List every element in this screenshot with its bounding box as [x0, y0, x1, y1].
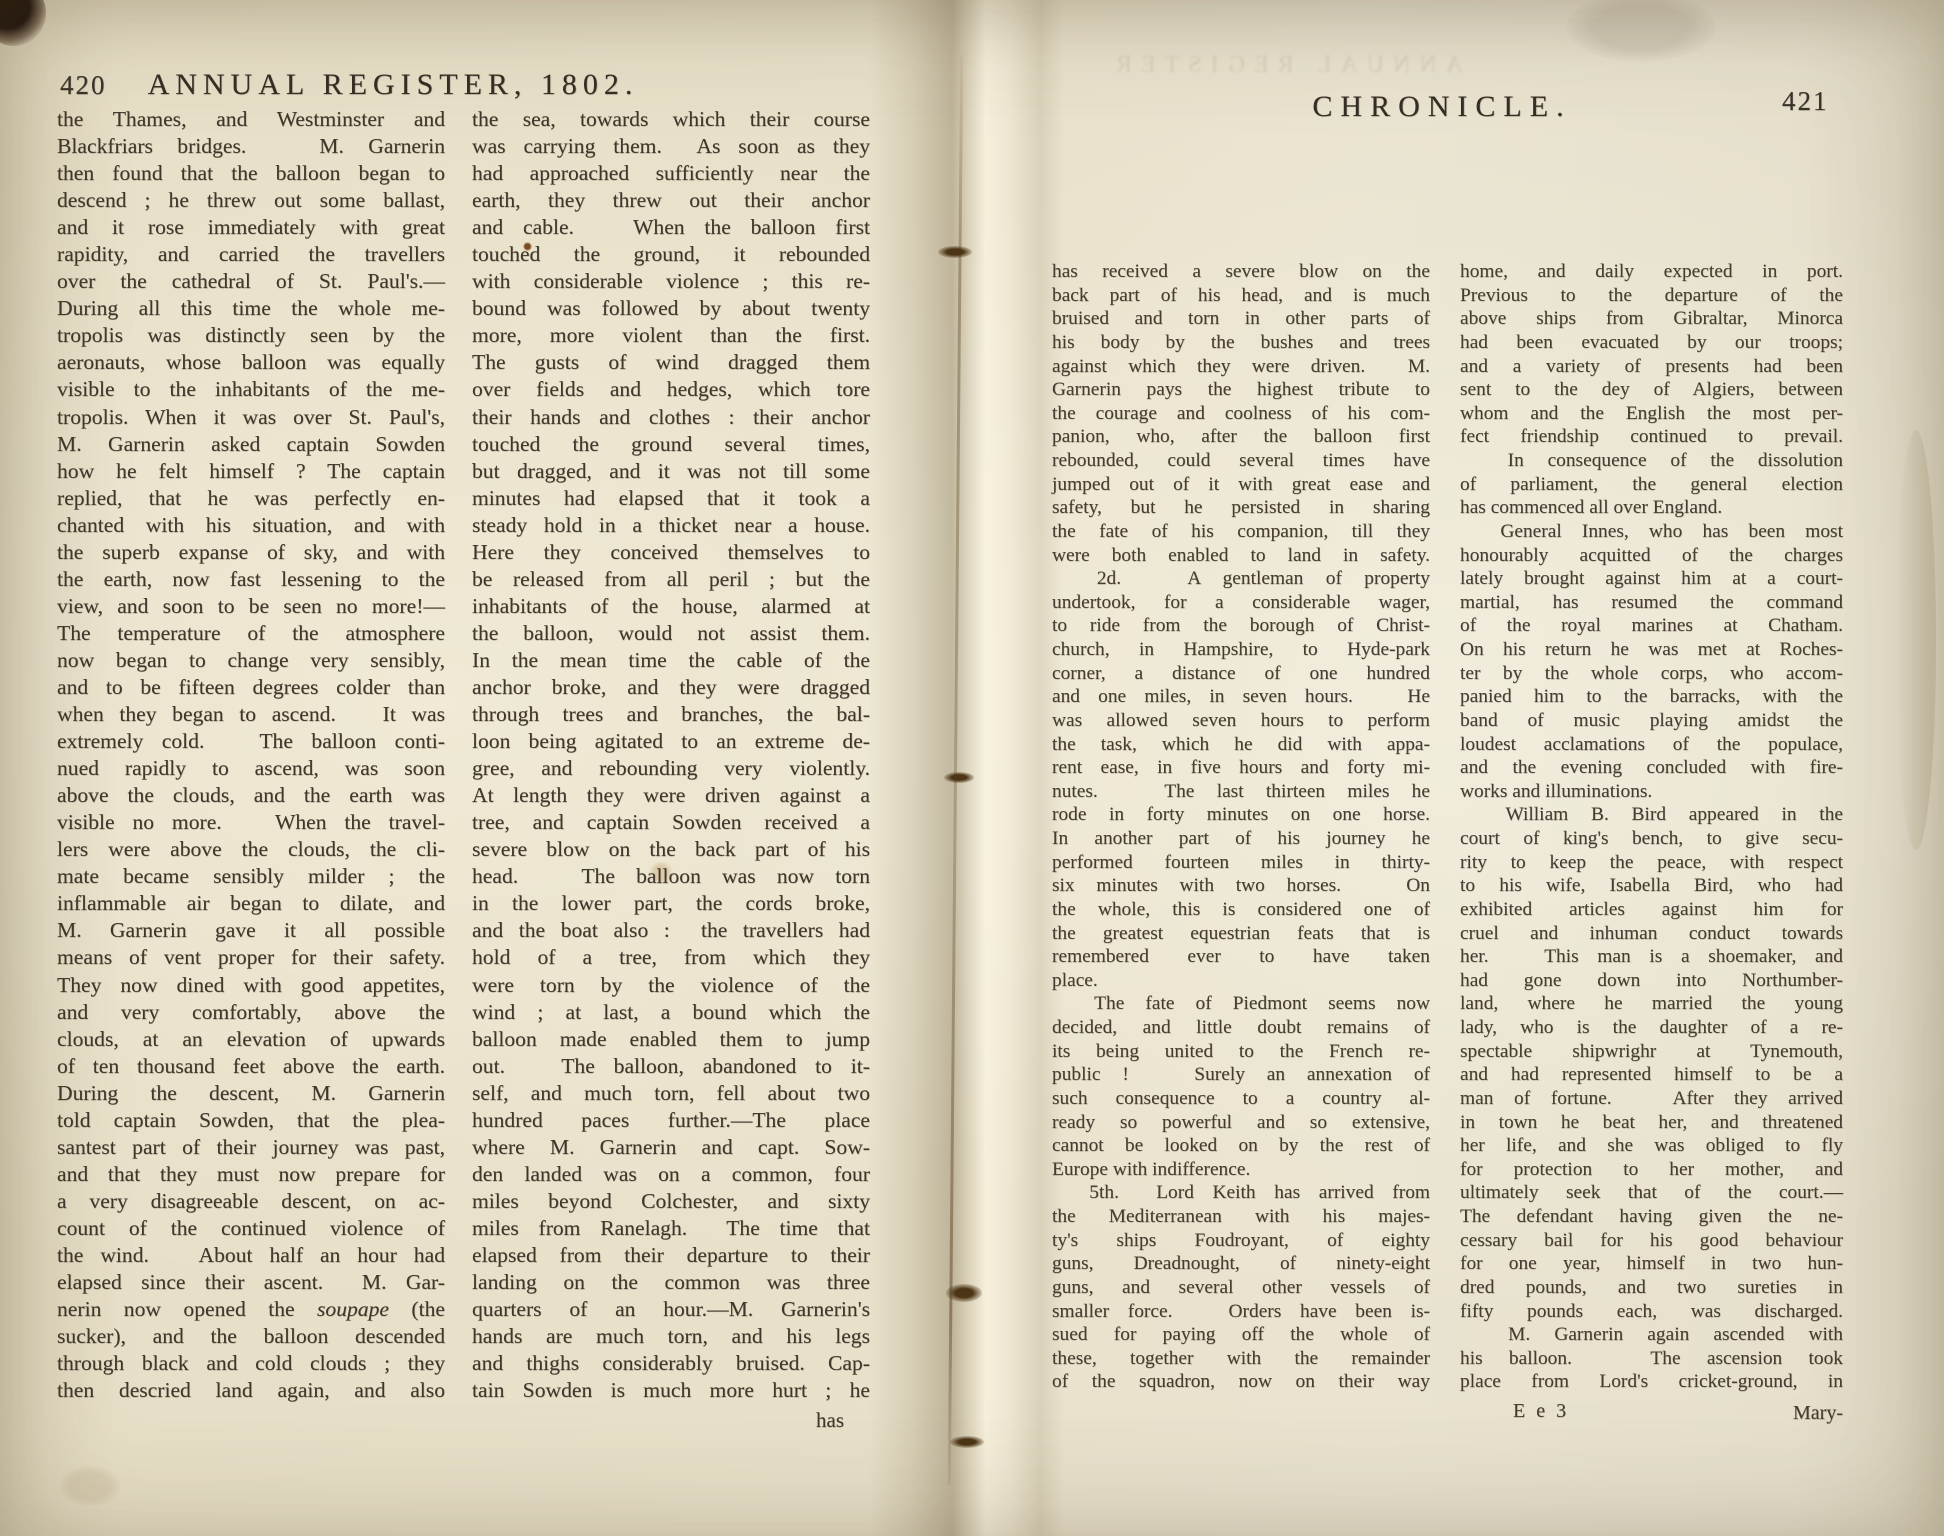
- text-line: of the royal marines at Chatham.: [1460, 614, 1843, 638]
- text-line: elapsed since their ascent. M. Gar-: [57, 1269, 445, 1296]
- text-line: place.: [1052, 969, 1430, 993]
- text-line: these, together with the remainder: [1052, 1347, 1430, 1371]
- text-line: During all this time the whole me-: [57, 295, 445, 322]
- text-line: to his wife, Isabella Bird, who had: [1460, 874, 1843, 898]
- text-line: They now dined with good appetites,: [57, 972, 445, 999]
- text-line: corner, a distance of one hundred: [1052, 662, 1430, 686]
- text-line: his body by the bushes and trees: [1052, 331, 1430, 355]
- text-line: told captain Sowden, that the plea-: [57, 1107, 445, 1134]
- text-line: severe blow on the back part of his: [472, 836, 870, 863]
- text-line: whom and the English the most per-: [1460, 402, 1843, 426]
- text-line: guns, and several other vessels of: [1052, 1276, 1430, 1300]
- text-line: The temperature of the atmosphere: [57, 620, 445, 647]
- text-line: William B. Bird appeared in the: [1460, 803, 1843, 827]
- text-line: loon being agitated to an extreme de-: [472, 728, 870, 755]
- text-line: miles beyond Colchester, and sixty: [472, 1188, 870, 1215]
- text-line: 2d. A gentleman of property: [1052, 567, 1430, 591]
- text-line: of ten thousand feet above the earth.: [57, 1053, 445, 1080]
- text-line: panion, who, after the balloon first: [1052, 425, 1430, 449]
- text-line: her life, and she was obliged to fly: [1460, 1134, 1843, 1158]
- text-line: for one year, himself in two hun-: [1460, 1252, 1843, 1276]
- text-line: ready so powerful and so extensive,: [1052, 1111, 1430, 1135]
- left-page-column-2: the sea, towards which their coursewas c…: [472, 106, 870, 1404]
- text-line: for protection to her mother, and: [1460, 1158, 1843, 1182]
- text-line: the Mediterranean with his majes-: [1052, 1205, 1430, 1229]
- text-line: bruised and torn in other parts of: [1052, 307, 1430, 331]
- text-line: inhabitants of the house, alarmed at: [472, 593, 870, 620]
- text-line: man of fortune. After they arrived: [1460, 1087, 1843, 1111]
- text-line: the earth, now fast lessening to the: [57, 566, 445, 593]
- text-line: tain Sowden is much more hurt ; he: [472, 1377, 870, 1404]
- text-line: earth, they threw out their anchor: [472, 187, 870, 214]
- text-line: rity to keep the peace, with respect: [1460, 851, 1843, 875]
- text-line: In the mean time the cable of the: [472, 647, 870, 674]
- text-line: land, where he married the young: [1460, 992, 1843, 1016]
- foxing-stain: [60, 1466, 120, 1506]
- text-line: band of music playing amidst the: [1460, 709, 1843, 733]
- text-line: hundred paces further.—The place: [472, 1107, 870, 1134]
- text-line: Blackfriars bridges. M. Garnerin: [57, 133, 445, 160]
- right-running-title: CHRONICLE.: [1292, 90, 1592, 124]
- text-line: its being united to the French re-: [1052, 1040, 1430, 1064]
- text-line: touched the ground several times,: [472, 431, 870, 458]
- text-line: above ships from Gibraltar, Minorca: [1460, 307, 1843, 331]
- text-line: mate became sensibly milder ; the: [57, 863, 445, 890]
- text-line: such consequence to a country al-: [1052, 1087, 1430, 1111]
- text-line: and the boat also : the travellers had: [472, 917, 870, 944]
- text-line: back part of his head, and is much: [1052, 284, 1430, 308]
- text-line: public ! Surely an annexation of: [1052, 1063, 1430, 1087]
- text-line: spectable shipwrighr at Tynemouth,: [1460, 1040, 1843, 1064]
- text-line: clouds, at an elevation of upwards: [57, 1026, 445, 1053]
- text-line: Here they conceived themselves to: [472, 539, 870, 566]
- text-line: fect friendship continued to prevail.: [1460, 425, 1843, 449]
- text-line: balloon made enabled them to jump: [472, 1026, 870, 1053]
- text-line: chanted with his situation, and with: [57, 512, 445, 539]
- text-line: undertook, for a considerable wager,: [1052, 591, 1430, 615]
- text-line: 5th. Lord Keith has arrived from: [1052, 1181, 1430, 1205]
- text-line: and that they must now prepare for: [57, 1161, 445, 1188]
- right-catchword: Mary-: [1460, 1402, 1843, 1425]
- text-line: anchor broke, and they were dragged: [472, 674, 870, 701]
- left-running-title: ANNUAL REGISTER, 1802.: [147, 68, 639, 102]
- text-line: aeronauts, whose balloon was equally: [57, 349, 445, 376]
- text-line: cruel and inhuman conduct towards: [1460, 922, 1843, 946]
- text-line: miles from Ranelagh. The time that: [472, 1215, 870, 1242]
- text-line: performed fourteen miles in thirty-: [1052, 851, 1430, 875]
- text-line: cannot be looked on by the rest of: [1052, 1134, 1430, 1158]
- text-line: had been evacuated by our troops;: [1460, 331, 1843, 355]
- right-page-number: 421: [1782, 86, 1829, 117]
- text-line: fifty pounds each, was discharged.: [1460, 1300, 1843, 1324]
- right-page-column-1: has received a severe blow on theback pa…: [1052, 260, 1430, 1394]
- text-line: means of vent proper for their safety.: [57, 944, 445, 971]
- text-line: nutes. The last thirteen miles he: [1052, 780, 1430, 804]
- text-line: with considerable violence ; this re-: [472, 268, 870, 295]
- text-line: had gone down into Northumber-: [1460, 969, 1843, 993]
- text-line: had approached sufficiently near the: [472, 160, 870, 187]
- text-line: M. Garnerin gave it all possible: [57, 917, 445, 944]
- text-line: cessary bail for his good behaviour: [1460, 1229, 1843, 1253]
- text-line: inflammable air began to dilate, and: [57, 890, 445, 917]
- text-line: dred pounds, and two sureties in: [1460, 1276, 1843, 1300]
- text-line: the greatest equestrian feats that is: [1052, 922, 1430, 946]
- text-line: over fields and hedges, which tore: [472, 376, 870, 403]
- text-line: quarters of an hour.—M. Garnerin's: [472, 1296, 870, 1323]
- left-page-number: 420: [60, 70, 107, 101]
- text-line: now began to change very sensibly,: [57, 647, 445, 674]
- text-line: On his return he was met at Roches-: [1460, 638, 1843, 662]
- text-line: In consequence of the dissolution: [1460, 449, 1843, 473]
- text-line: self, and much torn, fell about two: [472, 1080, 870, 1107]
- text-line: count of the continued violence of: [57, 1215, 445, 1242]
- text-line: then descried land again, and also: [57, 1377, 445, 1404]
- binding-notch: [938, 246, 972, 258]
- text-line: Previous to the departure of the: [1460, 284, 1843, 308]
- text-line: and to be fifteen degrees colder than: [57, 674, 445, 701]
- text-line: The gusts of wind dragged them: [472, 349, 870, 376]
- text-line: exhibited articles against him for: [1460, 898, 1843, 922]
- text-line: the fate of his companion, till they: [1052, 520, 1430, 544]
- text-line: steady hold in a thicket near a house.: [472, 512, 870, 539]
- text-line: minutes had elapsed that it took a: [472, 485, 870, 512]
- text-line: The defendant having given the ne-: [1460, 1205, 1843, 1229]
- text-line: has received a severe blow on the: [1052, 260, 1430, 284]
- text-line: honourably acquitted of the charges: [1460, 544, 1843, 568]
- text-line: works and illuminations.: [1460, 780, 1843, 804]
- text-line: Europe with indifference.: [1052, 1158, 1430, 1182]
- text-line: of the squadron, now on their way: [1052, 1370, 1430, 1394]
- text-line: then found that the balloon began to: [57, 160, 445, 187]
- text-line: ty's ships Foudroyant, of eighty: [1052, 1229, 1430, 1253]
- text-line: in the lower part, the cords broke,: [472, 890, 870, 917]
- text-line: lately brought against him at a court-: [1460, 567, 1843, 591]
- text-line: to ride from the borough of Christ-: [1052, 614, 1430, 638]
- text-line: place from Lord's cricket-ground, in: [1460, 1370, 1843, 1394]
- text-line: visible to the inhabitants of the me-: [57, 376, 445, 403]
- text-line: out. The balloon, abandoned to it-: [472, 1053, 870, 1080]
- text-line: the Thames, and Westminster and: [57, 106, 445, 133]
- text-line: her. This man is a shoemaker, and: [1460, 945, 1843, 969]
- text-line: how he felt himself ? The captain: [57, 458, 445, 485]
- text-line: sued for paying off the whole of: [1052, 1323, 1430, 1347]
- text-line: tree, and captain Sowden received a: [472, 809, 870, 836]
- left-page-column-1: the Thames, and Westminster andBlackfria…: [57, 106, 445, 1404]
- text-line: sucker), and the balloon descended: [57, 1323, 445, 1350]
- text-line: den landed was on a common, four: [472, 1161, 870, 1188]
- text-line: elapsed from their departure to their: [472, 1242, 870, 1269]
- text-line: visible no more. When the travel-: [57, 809, 445, 836]
- text-line: At length they were driven against a: [472, 782, 870, 809]
- text-line: extremely cold. The balloon conti-: [57, 728, 445, 755]
- text-line: Garnerin pays the highest tribute to: [1052, 378, 1430, 402]
- text-line: hands are much torn, and his legs: [472, 1323, 870, 1350]
- text-line: rebounded, could several times have: [1052, 449, 1430, 473]
- text-line: In another part of his journey he: [1052, 827, 1430, 851]
- text-line: gree, and rebounding very violently.: [472, 755, 870, 782]
- text-line: and had represented himself to be a: [1460, 1063, 1843, 1087]
- text-line: M. Garnerin again ascended with: [1460, 1323, 1843, 1347]
- text-line: lady, who is the daughter of a re-: [1460, 1016, 1843, 1040]
- binding-hole: [946, 1284, 982, 1302]
- left-catchword: has: [472, 1408, 844, 1433]
- text-line: sent to the dey of Algiers, between: [1460, 378, 1843, 402]
- text-line: above the clouds, and the earth was: [57, 782, 445, 809]
- text-line: their hands and clothes : their anchor: [472, 404, 870, 431]
- text-line: court of king's bench, to give secu-: [1460, 827, 1843, 851]
- text-line: of parliament, the general election: [1460, 473, 1843, 497]
- text-line: and a variety of presents had been: [1460, 355, 1843, 379]
- text-line: the wind. About half an hour had: [57, 1242, 445, 1269]
- text-line: General Innes, who has been most: [1460, 520, 1843, 544]
- text-line: ter by the whole corps, who accom-: [1460, 662, 1843, 686]
- text-line: rent ease, in five hours and forty mi-: [1052, 756, 1430, 780]
- text-line: head. The balloon was now torn: [472, 863, 870, 890]
- text-line: the task, which he did with appa-: [1052, 733, 1430, 757]
- text-line: the whole, this is considered one of: [1052, 898, 1430, 922]
- text-line: M. Garnerin asked captain Sowden: [57, 431, 445, 458]
- text-line: when they began to ascend. It was: [57, 701, 445, 728]
- text-line: against which they were driven. M.: [1052, 355, 1430, 379]
- text-line: view, and soon to be seen no more!—: [57, 593, 445, 620]
- text-line: more, more violent than the first.: [472, 322, 870, 349]
- text-line: tropolis. When it was over St. Paul's,: [57, 404, 445, 431]
- text-line: hold of a tree, from which they: [472, 944, 870, 971]
- text-line: a very disagreeable descent, on ac-: [57, 1188, 445, 1215]
- text-line: rapidity, and carried the travellers: [57, 241, 445, 268]
- text-line: where M. Garnerin and capt. Sow-: [472, 1134, 870, 1161]
- corner-stain: [0, 0, 46, 46]
- text-line: and the evening concluded with fire-: [1460, 756, 1843, 780]
- text-line: loudest acclamations of the populace,: [1460, 733, 1843, 757]
- text-line: be released from all peril ; but the: [472, 566, 870, 593]
- binding-notch: [944, 772, 974, 783]
- text-line: and it rose immediately with great: [57, 214, 445, 241]
- binding-notch: [950, 1436, 984, 1448]
- text-line: tropolis was distinctly seen by the: [57, 322, 445, 349]
- text-line: wind ; at last, a bound which the: [472, 999, 870, 1026]
- right-page-column-2: home, and daily expected in port.Previou…: [1460, 260, 1843, 1394]
- text-line: but dragged, and it was not till some: [472, 458, 870, 485]
- text-line: landing on the common was three: [472, 1269, 870, 1296]
- text-line: and cable. When the balloon first: [472, 214, 870, 241]
- text-line: was carrying them. As soon as they: [472, 133, 870, 160]
- text-line: were both enabled to land in safety.: [1052, 544, 1430, 568]
- page-edge-shadow: [1896, 430, 1936, 850]
- text-line: and one miles, in seven hours. He: [1052, 685, 1430, 709]
- text-line: the superb expanse of sky, and with: [57, 539, 445, 566]
- text-line: through black and cold clouds ; they: [57, 1350, 445, 1377]
- text-line: nerin now opened the soupape (the: [57, 1296, 445, 1323]
- text-line: through trees and branches, the bal-: [472, 701, 870, 728]
- text-line: rode in forty minutes on one horse.: [1052, 803, 1430, 827]
- text-line: replied, that he was perfectly en-: [57, 485, 445, 512]
- text-line: martial, has resumed the command: [1460, 591, 1843, 615]
- text-line: ultimately seek that of the court.—: [1460, 1181, 1843, 1205]
- text-line: six minutes with two horses. On: [1052, 874, 1430, 898]
- text-line: was allowed seven hours to perform: [1052, 709, 1430, 733]
- text-line: and thighs considerably bruised. Cap-: [472, 1350, 870, 1377]
- text-line: safety, but he persisted in sharing: [1052, 496, 1430, 520]
- page-gutter-shadow: [868, 0, 1064, 1536]
- text-line: nued rapidly to ascend, was soon: [57, 755, 445, 782]
- text-line: has commenced all over England.: [1460, 496, 1843, 520]
- book-scan: 420 ANNUAL REGISTER, 1802. ANNUAL REGIST…: [0, 0, 1944, 1536]
- show-through-text: ANNUAL REGISTER: [1075, 52, 1495, 79]
- text-line: touched the ground, it rebounded: [472, 241, 870, 268]
- text-line: guns, Dreadnought, of ninety-eight: [1052, 1252, 1430, 1276]
- text-line: smaller force. Orders have been is-: [1052, 1300, 1430, 1324]
- text-line: During the descent, M. Garnerin: [57, 1080, 445, 1107]
- text-line: santest part of their journey was past,: [57, 1134, 445, 1161]
- text-line: were torn by the violence of the: [472, 972, 870, 999]
- text-line: over the cathedral of St. Paul's.—: [57, 268, 445, 295]
- text-line: in town he beat her, and threatened: [1460, 1111, 1843, 1135]
- text-line: bound was followed by about twenty: [472, 295, 870, 322]
- text-line: lers were above the clouds, the cli-: [57, 836, 445, 863]
- text-line: descend ; he threw out some ballast,: [57, 187, 445, 214]
- foxing-stain: [1566, 0, 1716, 62]
- text-line: the balloon, would not assist them.: [472, 620, 870, 647]
- text-line: home, and daily expected in port.: [1460, 260, 1843, 284]
- text-line: jumped out of it with great ease and: [1052, 473, 1430, 497]
- text-line: and very comfortably, above the: [57, 999, 445, 1026]
- text-line: church, in Hampshire, to Hyde-park: [1052, 638, 1430, 662]
- text-line: The fate of Piedmont seems now: [1052, 992, 1430, 1016]
- text-line: panied him to the barracks, with the: [1460, 685, 1843, 709]
- text-line: his balloon. The ascension took: [1460, 1347, 1843, 1371]
- text-line: decided, and little doubt remains of: [1052, 1016, 1430, 1040]
- text-line: the sea, towards which their course: [472, 106, 870, 133]
- text-line: the courage and coolness of his com-: [1052, 402, 1430, 426]
- text-line: remembered ever to have taken: [1052, 945, 1430, 969]
